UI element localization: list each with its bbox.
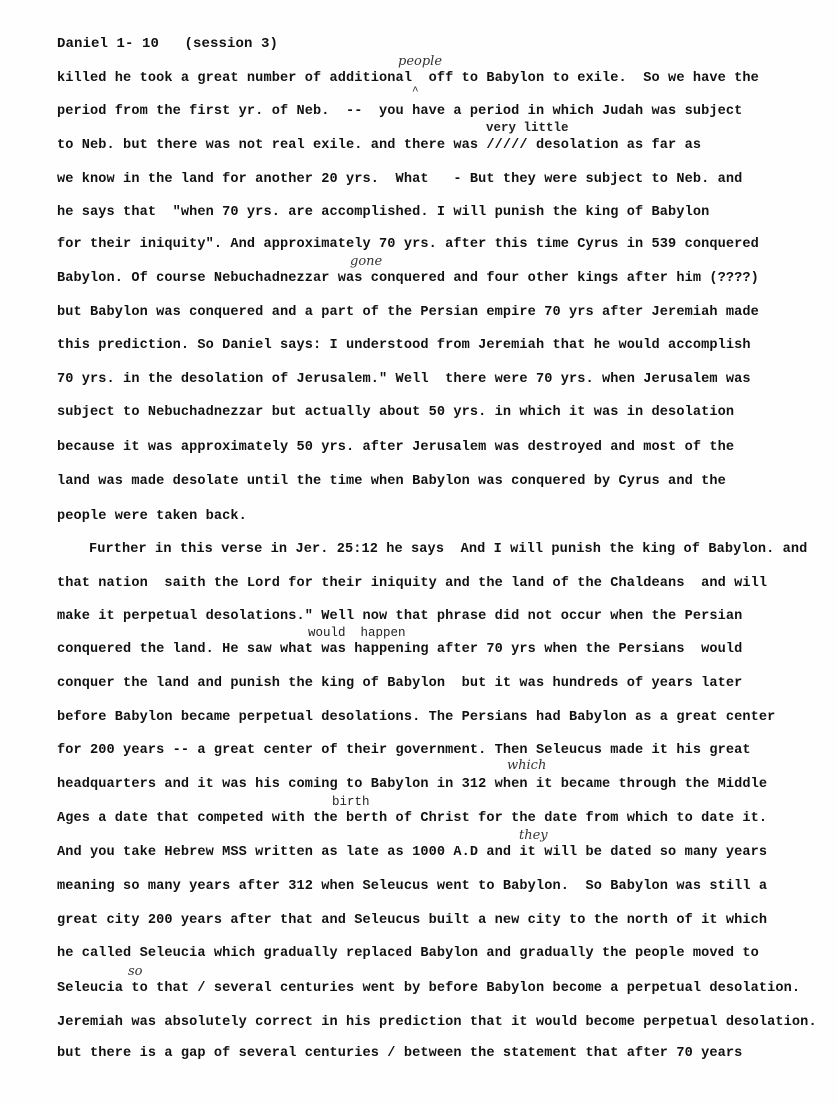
typed-insert-birth: birth xyxy=(332,795,370,809)
handwritten-insert-gone: gone xyxy=(350,254,382,269)
text-line-15-paragraph-start: Further in this verse in Jer. 25:12 he s… xyxy=(89,542,807,557)
text-line-3: to Neb. but there was not real exile. an… xyxy=(57,138,701,153)
text-line-14: people were taken back. xyxy=(57,509,247,524)
text-line-18: conquered the land. He saw what was happ… xyxy=(57,642,742,657)
text-line-7: Babylon. Of course Nebuchadnezzar was co… xyxy=(57,271,759,286)
document-page: Daniel 1- 10 (session 3) people ^ killed… xyxy=(0,0,838,1104)
text-line-9: this prediction. So Daniel says: I under… xyxy=(57,338,751,353)
text-line-2: period from the first yr. of Neb. -- you… xyxy=(57,104,742,119)
text-line-4: we know in the land for another 20 yrs. … xyxy=(57,172,742,187)
text-line-13: land was made desolate until the time wh… xyxy=(57,474,726,489)
handwritten-insert-so: so xyxy=(128,964,143,979)
text-line-29: Jeremiah was absolutely correct in his p… xyxy=(57,1015,817,1030)
text-line-24: And you take Hebrew MSS written as late … xyxy=(57,845,767,860)
insert-caret: ^ xyxy=(412,86,419,98)
text-line-10: 70 yrs. in the desolation of Jerusalem."… xyxy=(57,372,751,387)
text-line-20: before Babylon became perpetual desolati… xyxy=(57,710,775,725)
handwritten-insert-people: people xyxy=(398,54,442,69)
text-line-12: because it was approximately 50 yrs. aft… xyxy=(57,440,734,455)
text-line-11: subject to Nebuchadnezzar but actually a… xyxy=(57,405,734,420)
text-line-28: Seleucia to that / several centuries wen… xyxy=(57,981,800,996)
text-line-27: he called Seleucia which gradually repla… xyxy=(57,946,759,961)
text-line-8: but Babylon was conquered and a part of … xyxy=(57,305,759,320)
typed-insert-would-happen: would happen xyxy=(308,626,406,640)
handwritten-insert-which: which xyxy=(507,758,546,773)
document-title: Daniel 1- 10 (session 3) xyxy=(57,36,278,52)
text-line-23: Ages a date that competed with the berth… xyxy=(57,811,767,826)
handwritten-insert-they: they xyxy=(519,828,548,843)
text-line-25: meaning so many years after 312 when Sel… xyxy=(57,879,767,894)
text-line-22: headquarters and it was his coming to Ba… xyxy=(57,777,767,792)
text-line-17: make it perpetual desolations." Well now… xyxy=(57,609,742,624)
text-line-26: great city 200 years after that and Sele… xyxy=(57,913,767,928)
text-line-6: for their iniquity". And approximately 7… xyxy=(57,237,759,252)
text-line-16: that nation saith the Lord for their ini… xyxy=(57,576,767,591)
typed-insert-very-little: very little xyxy=(486,121,569,135)
text-line-5: he says that "when 70 yrs. are accomplis… xyxy=(57,205,709,220)
text-line-1: killed he took a great number of additio… xyxy=(57,71,759,86)
text-line-21: for 200 years -- a great center of their… xyxy=(57,743,751,758)
text-line-19: conquer the land and punish the king of … xyxy=(57,676,742,691)
text-line-30: but there is a gap of several centuries … xyxy=(57,1046,742,1061)
